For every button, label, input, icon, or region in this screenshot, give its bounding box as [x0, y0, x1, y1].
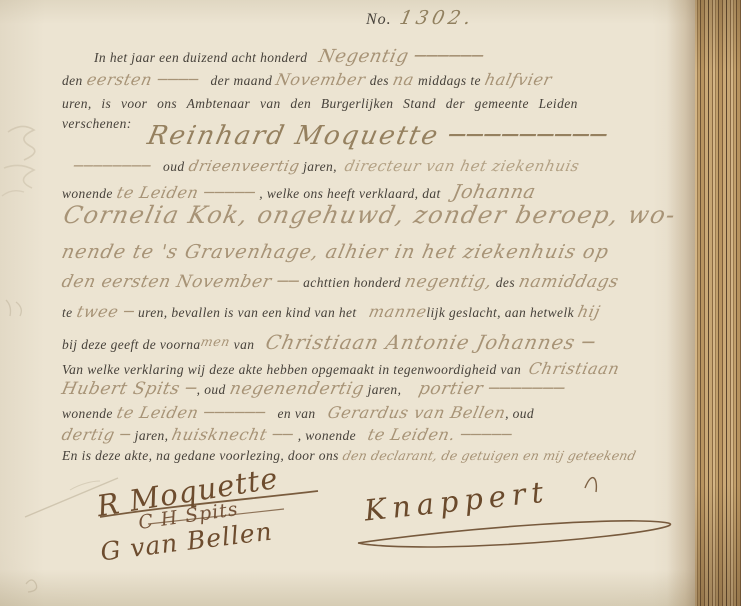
akte-line: nende te 's Gravenhage, alhier in het zi… — [62, 241, 609, 263]
handwritten-text: Christiaan — [527, 359, 621, 378]
printed-text: , wonende — [298, 428, 356, 443]
printed-text: van — [234, 337, 255, 352]
akte-line: uren, is voor ons Ambtenaar van den Burg… — [62, 95, 650, 113]
printed-text: wonende — [62, 406, 113, 421]
akte-number: No. 1302. — [366, 7, 474, 29]
akte-line: den eersten November ── achttien honderd… — [62, 272, 619, 292]
handwritten-text: te Leiden ────── — [115, 403, 268, 422]
handwritten-text: Gerardus van Bellen — [325, 403, 507, 422]
akte-number-value: 1302. — [397, 7, 476, 29]
child-names-line: bij deze geeft de voornamen van Christia… — [62, 331, 596, 354]
akte-line: te twee ─ uren, bevallen is van een kind… — [62, 302, 600, 322]
printed-text: jaren, — [135, 428, 169, 443]
printed-text: wonende — [62, 186, 113, 201]
printed-text: te — [62, 305, 73, 320]
akte-line: Van welke verklaring wij deze akte hebbe… — [62, 359, 620, 379]
handwritten-text: huisknecht ── — [170, 425, 295, 444]
witness-line: dertig ─ jaren, huisknecht ── , wonende … — [62, 425, 512, 445]
handwritten-text: den declarant, de getuigen en mij geteek… — [341, 448, 637, 463]
declarant-name-line: Reinhard Moquette ───────── — [148, 121, 608, 151]
printed-text: uren, bevallen is van een kind van het — [138, 305, 357, 320]
handwritten-text: directeur van het ziekenhuis — [343, 157, 581, 175]
akte-line: In het jaar een duizend acht honderd Neg… — [94, 46, 484, 67]
handwritten-text: men — [199, 334, 231, 349]
handwritten-text: den eersten November ── — [60, 272, 301, 292]
handwritten-text: na — [391, 70, 416, 89]
handwritten-text: namiddags — [517, 272, 621, 292]
printed-text: der maand — [211, 73, 273, 88]
handwritten-text: November — [274, 70, 368, 89]
mother-name-line: Cornelia Kok, ongehuwd, zonder beroep, w… — [64, 201, 676, 229]
handwritten-text: Johanna — [450, 181, 537, 203]
printed-text: den — [62, 73, 83, 88]
handwritten-text: Christiaan Antonie Johannes ─ — [264, 331, 598, 354]
handwritten-text: Reinhard Moquette ───────── — [145, 121, 611, 151]
handwritten-text: eersten ──── — [85, 70, 201, 89]
printed-text: Van welke verklaring wij deze akte hebbe… — [62, 362, 521, 377]
handwritten-text: te Leiden. ───── — [366, 425, 514, 444]
handwritten-text: Negentig ────── — [317, 46, 486, 67]
book-fore-edge — [695, 0, 741, 606]
printed-text: jaren, — [368, 382, 402, 397]
handwritten-text: negentig, — [403, 272, 494, 292]
page-edge-shadow — [667, 0, 697, 606]
handwritten-text: negenendertig — [228, 379, 366, 399]
akte-line: ──────── oud drieenveertig jaren, direct… — [74, 157, 579, 176]
handwritten-text: hij — [576, 302, 602, 321]
handwritten-rule: ──────── — [72, 157, 153, 175]
printed-text: In het jaar een duizend acht honderd — [94, 50, 307, 65]
printed-text: jaren, — [303, 159, 337, 174]
akte-line: den eersten ──── der maand November des … — [62, 70, 552, 90]
printed-text: en van — [278, 406, 316, 421]
handwritten-text: nende te 's Gravenhage, alhier in het zi… — [60, 241, 611, 263]
akte-number-label: No. — [366, 11, 392, 28]
printed-text: oud — [163, 159, 184, 174]
printed-text: des — [496, 275, 515, 290]
closing-line: En is deze akte, na gedane voorlezing, d… — [62, 447, 636, 465]
printed-text: , oud — [505, 406, 534, 421]
handwritten-text: drieenveertig — [187, 157, 301, 175]
printed-text: middags te — [418, 73, 481, 88]
printed-text: uren, is voor ons Ambtenaar van den Burg… — [62, 96, 578, 111]
scanned-register-page: No. 1302. In het jaar een duizend acht h… — [0, 0, 741, 606]
printed-text: lijk geslacht, aan hetwelk — [426, 305, 574, 320]
handwritten-text: manne — [367, 302, 429, 321]
printed-text: , welke ons heeft verklaard, dat — [259, 186, 440, 201]
signature-ambtenaar: Knappert — [363, 474, 551, 527]
handwritten-text: Hubert Spits ─ — [60, 379, 199, 399]
printed-text: achttien honderd — [303, 275, 401, 290]
printed-text: verschenen: — [62, 116, 132, 131]
akte-line: verschenen: — [62, 115, 132, 133]
printed-text: En is deze akte, na gedane voorlezing, d… — [62, 448, 339, 463]
handwritten-text: Cornelia Kok, ongehuwd, zonder beroep, w… — [61, 201, 679, 229]
handwritten-text: twee ─ — [75, 302, 136, 321]
printed-text: des — [370, 73, 389, 88]
akte-line: wonende te Leiden ───── , welke ons heef… — [62, 181, 535, 203]
handwritten-text: dertig ─ — [60, 425, 133, 444]
handwritten-text: portier ─────── — [417, 379, 567, 399]
witness-line: wonende te Leiden ────── en van Gerardus… — [62, 403, 534, 423]
printed-text: bij deze geeft de voorna — [62, 337, 201, 352]
printed-text: , oud — [197, 382, 226, 397]
handwritten-text: halfvier — [483, 70, 554, 89]
witness-line: Hubert Spits ─, oud negenendertig jaren,… — [62, 379, 565, 399]
handwritten-text: te Leiden ───── — [115, 183, 258, 202]
